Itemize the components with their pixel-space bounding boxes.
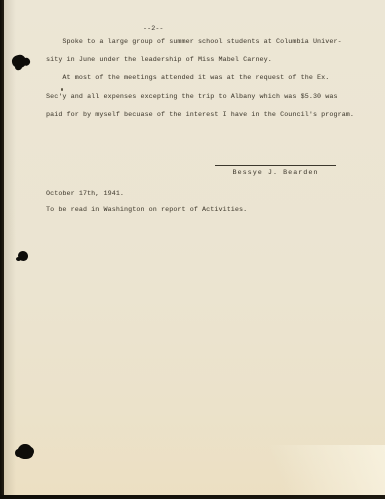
ink-blot-top: [11, 54, 27, 69]
body-text-block: Spoke to a large group of summer school …: [46, 33, 354, 124]
ink-blot-middle: [18, 251, 28, 261]
signature-rule: [215, 165, 336, 166]
signature-name: Bessye J. Bearden: [215, 169, 336, 176]
page-corner-highlight: [235, 445, 385, 495]
body-line: Sec'y and all expenses excepting the tri…: [46, 88, 354, 106]
stray-ink-dot: [61, 88, 63, 91]
scan-edge-bottom: [0, 495, 385, 499]
body-line: sity in June under the leadership of Mis…: [46, 51, 354, 69]
body-line: paid for by myself becuase of the intere…: [46, 106, 354, 124]
scan-edge-left: [0, 0, 4, 499]
ink-blot-bottom: [17, 444, 33, 459]
body-line: Spoke to a large group of summer school …: [46, 33, 354, 51]
note-line: To be read in Washington on report of Ac…: [46, 201, 247, 219]
body-line: At most of the meetings attended it was …: [46, 69, 354, 87]
scanned-document-page: --2-- Spoke to a large group of summer s…: [0, 0, 385, 499]
